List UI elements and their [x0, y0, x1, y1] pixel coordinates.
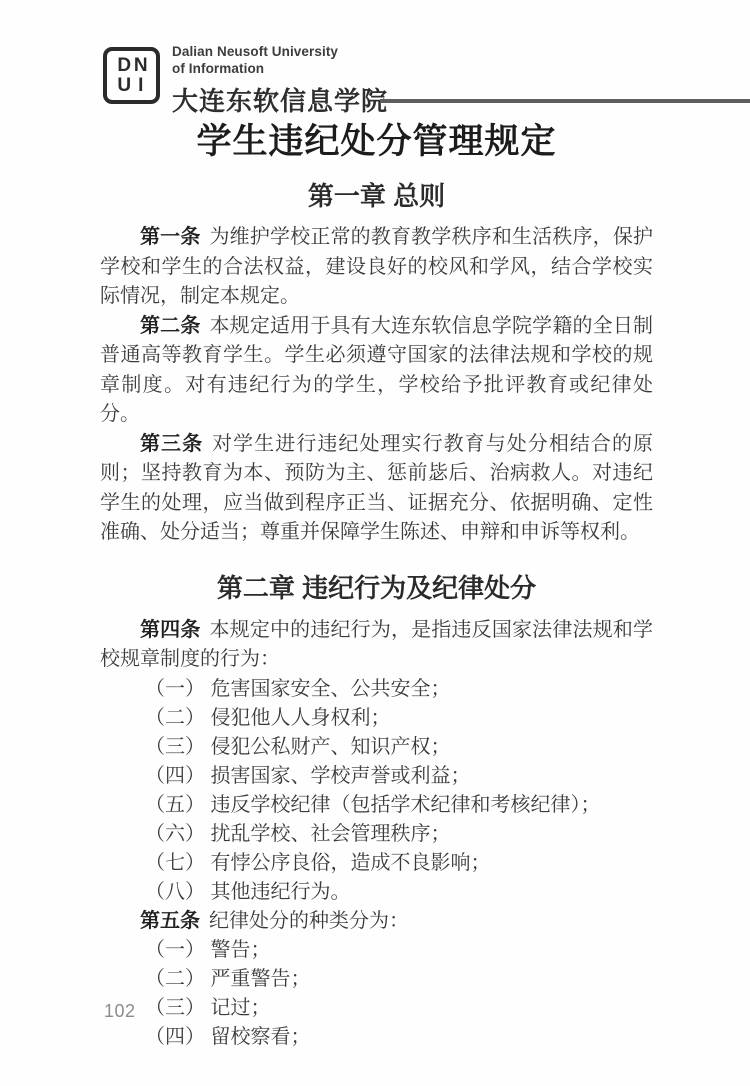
logo-letter: D	[117, 56, 131, 75]
violation-item-8: （八） 其他违纪行为。	[100, 878, 653, 907]
article-3: 第三条对学生进行违纪处理实行教育与处分相结合的原则；坚持教育为本、预防为主、惩前…	[100, 430, 653, 548]
violation-item-7: （七） 有悖公序良俗，造成不良影响；	[100, 849, 653, 878]
violation-item-4: （四） 损害国家、学校声誉或利益；	[100, 762, 653, 791]
document-content: 学生违纪处分管理规定 第一章 总则 第一条为维护学校正常的教育教学秩序和生活秩序…	[100, 121, 653, 1052]
sanction-item-3: （三） 记过；	[100, 994, 653, 1023]
article-1: 第一条为维护学校正常的教育教学秩序和生活秩序，保护学校和学生的合法权益，建设良好…	[100, 223, 653, 312]
article-3-label: 第三条	[140, 433, 203, 455]
article-1-label: 第一条	[140, 226, 201, 248]
violation-item-6: （六） 扰乱学校、社会管理秩序；	[100, 820, 653, 849]
article-5-label: 第五条	[140, 910, 200, 932]
article-2: 第二条本规定适用于具有大连东软信息学院学籍的全日制普通高等教育学生。学生必须遵守…	[100, 312, 653, 430]
document-title: 学生违纪处分管理规定	[100, 121, 653, 163]
university-name-block: Dalian Neusoft University of Information…	[172, 44, 388, 118]
article-2-label: 第二条	[140, 315, 201, 337]
violation-item-2: （二） 侵犯他人人身权利；	[100, 704, 653, 733]
sanction-item-2: （二） 严重警告；	[100, 965, 653, 994]
university-name-en-line2: of Information	[172, 61, 388, 78]
chapter-2-heading: 第二章 违纪行为及纪律处分	[100, 572, 653, 604]
logo-letter: U	[117, 76, 131, 95]
logo-letter: N	[134, 56, 148, 75]
violation-item-1: （一） 危害国家安全、公共安全；	[100, 675, 653, 704]
sanction-item-1: （一） 警告；	[100, 936, 653, 965]
article-5-text: 纪律处分的种类分为：	[209, 910, 409, 932]
violation-item-5: （五） 违反学校纪律（包括学术纪律和考核纪律）；	[100, 791, 653, 820]
violation-item-3: （三） 侵犯公私财产、知识产权；	[100, 733, 653, 762]
article-5: 第五条纪律处分的种类分为：	[100, 907, 653, 937]
sanction-item-4: （四） 留校察看；	[100, 1023, 653, 1052]
dnui-logo-icon: D N U I	[103, 47, 160, 104]
article-4-label: 第四条	[140, 619, 201, 641]
article-4: 第四条本规定中的违纪行为，是指违反国家法律法规和学校规章制度的行为：	[100, 616, 653, 675]
header-divider-line	[380, 99, 750, 103]
university-name-zh: 大连东软信息学院	[172, 81, 388, 118]
document-page: D N U I Dalian Neusoft University of Inf…	[0, 0, 750, 1086]
logo-letter: I	[138, 76, 143, 95]
university-name-en-line1: Dalian Neusoft University	[172, 44, 388, 61]
chapter-1-heading: 第一章 总则	[100, 180, 653, 212]
page-number: 102	[104, 1001, 136, 1022]
